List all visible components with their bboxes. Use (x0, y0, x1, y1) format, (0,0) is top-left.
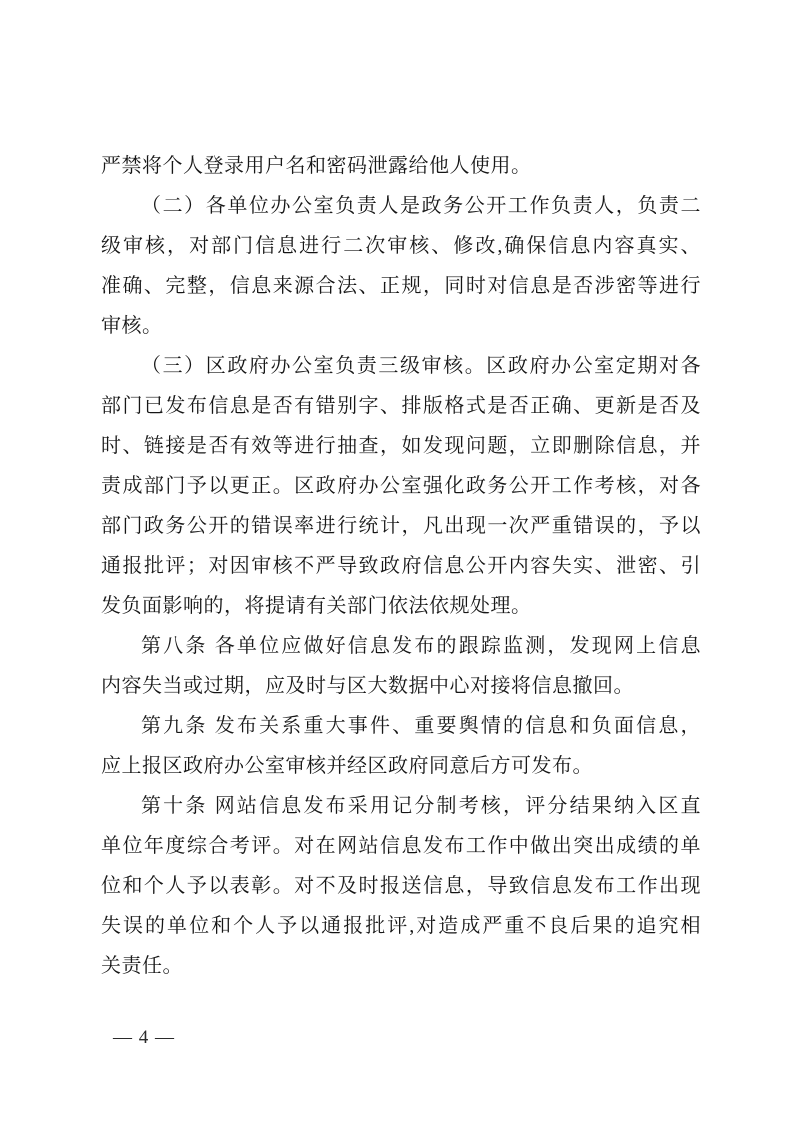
text-line: 单位年度综合考评。对在网站信息发布工作中做出突出成绩的单 (101, 826, 701, 866)
text-line: 责成部门予以更正。区政府办公室强化政务公开工作考核，对各 (101, 466, 701, 506)
text-line: 通报批评；对因审核不严导致政府信息公开内容失实、泄密、引 (101, 546, 701, 586)
text-line: （二）各单位办公室负责人是政务公开工作负责人，负责二 (101, 186, 701, 226)
text-line: 第十条 网站信息发布采用记分制考核，评分结果纳入区直 (101, 786, 701, 826)
text-line: （三）区政府办公室负责三级审核。区政府办公室定期对各 (101, 346, 701, 386)
page-number: — 4 — (113, 1026, 175, 1050)
document-page: 严禁将个人登录用户名和密码泄露给他人使用。 （二）各单位办公室负责人是政务公开工… (0, 0, 794, 1123)
text-line: 部门已发布信息是否有错别字、排版格式是否正确、更新是否及 (101, 386, 701, 426)
text-line: 失误的单位和个人予以通报批评,对造成严重不良后果的追究相 (101, 906, 701, 946)
text-line: 准确、完整，信息来源合法、正规，同时对信息是否涉密等进行 (101, 266, 701, 306)
text-line: 部门政务公开的错误率进行统计，凡出现一次严重错误的，予以 (101, 506, 701, 546)
document-body: 严禁将个人登录用户名和密码泄露给他人使用。 （二）各单位办公室负责人是政务公开工… (101, 146, 701, 986)
text-line: 严禁将个人登录用户名和密码泄露给他人使用。 (101, 146, 701, 186)
text-line: 应上报区政府办公室审核并经区政府同意后方可发布。 (101, 746, 701, 786)
text-line: 发负面影响的，将提请有关部门依法依规处理。 (101, 586, 701, 626)
text-line: 关责任。 (101, 946, 701, 986)
text-line: 审核。 (101, 306, 701, 346)
text-line: 第八条 各单位应做好信息发布的跟踪监测，发现网上信息 (101, 626, 701, 666)
text-line: 内容失当或过期，应及时与区大数据中心对接将信息撤回。 (101, 666, 701, 706)
text-line: 级审核，对部门信息进行二次审核、修改,确保信息内容真实、 (101, 226, 701, 266)
text-line: 位和个人予以表彰。对不及时报送信息，导致信息发布工作出现 (101, 866, 701, 906)
text-line: 第九条 发布关系重大事件、重要舆情的信息和负面信息， (101, 706, 701, 746)
text-line: 时、链接是否有效等进行抽查，如发现问题，立即删除信息，并 (101, 426, 701, 466)
